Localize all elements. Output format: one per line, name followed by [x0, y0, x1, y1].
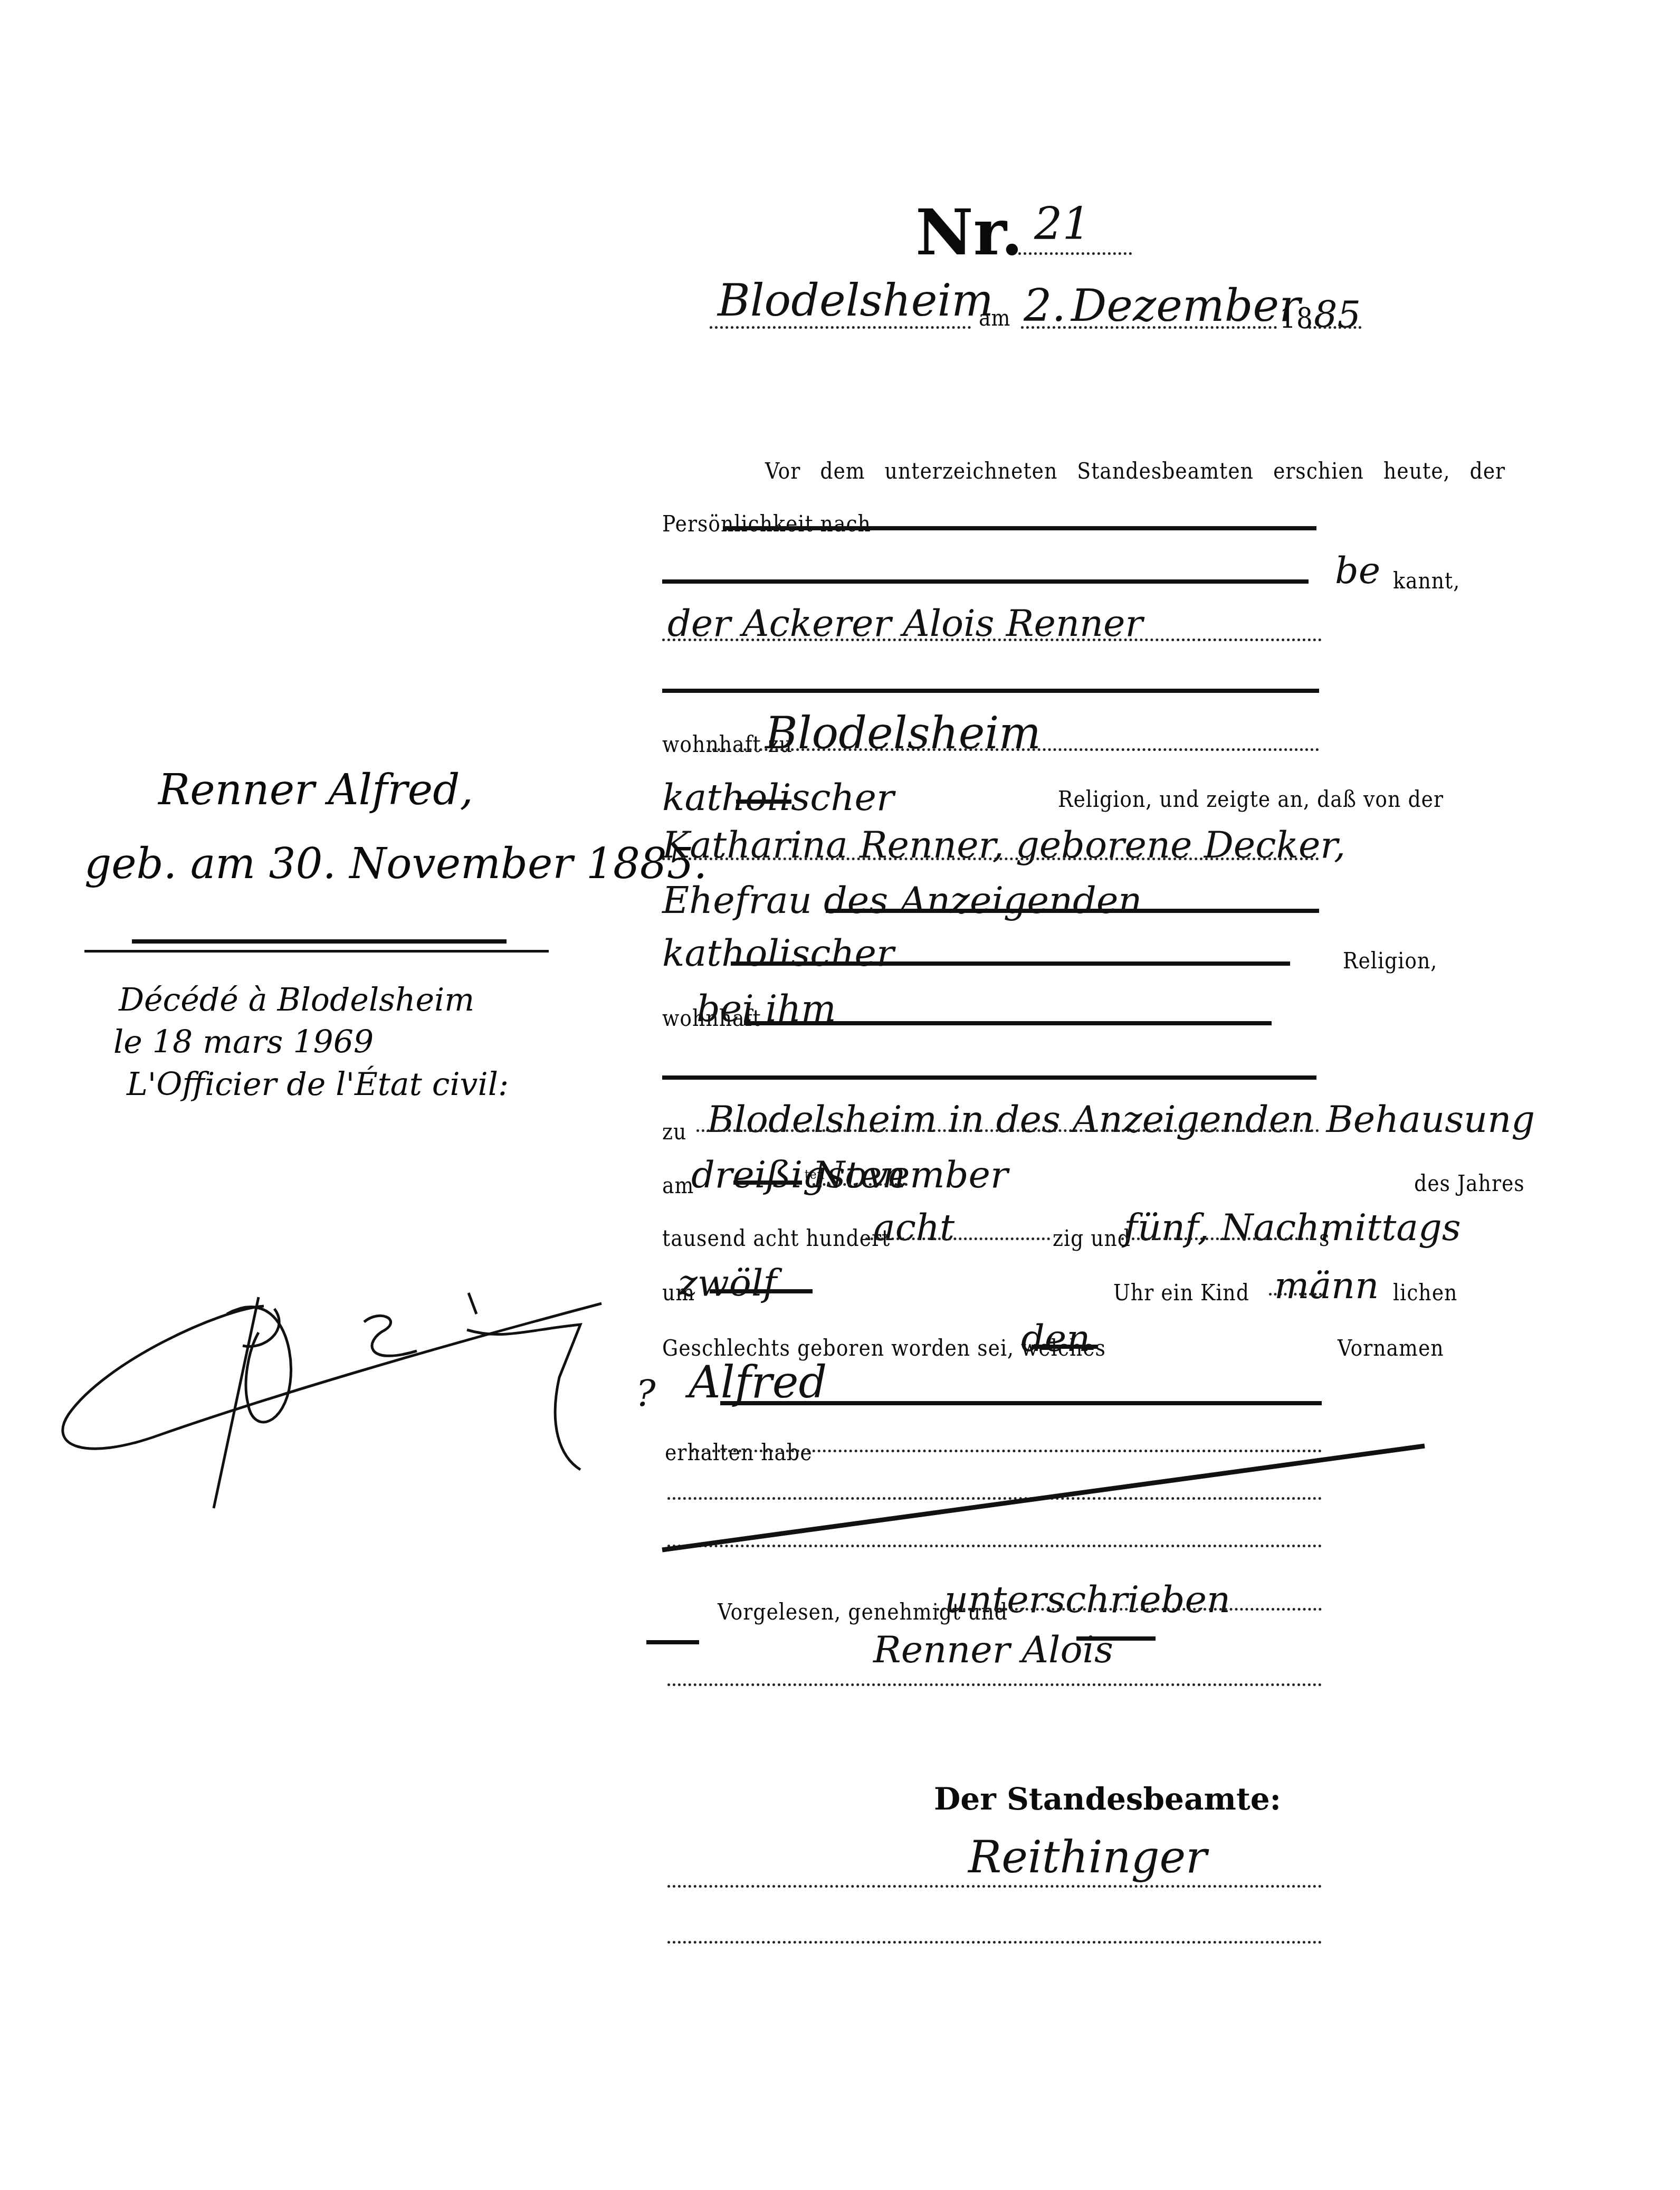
document-strokes	[0, 0, 1680, 2190]
french-officer-signature-icon	[63, 1293, 602, 1508]
cancellation-stroke	[662, 1446, 1425, 1550]
